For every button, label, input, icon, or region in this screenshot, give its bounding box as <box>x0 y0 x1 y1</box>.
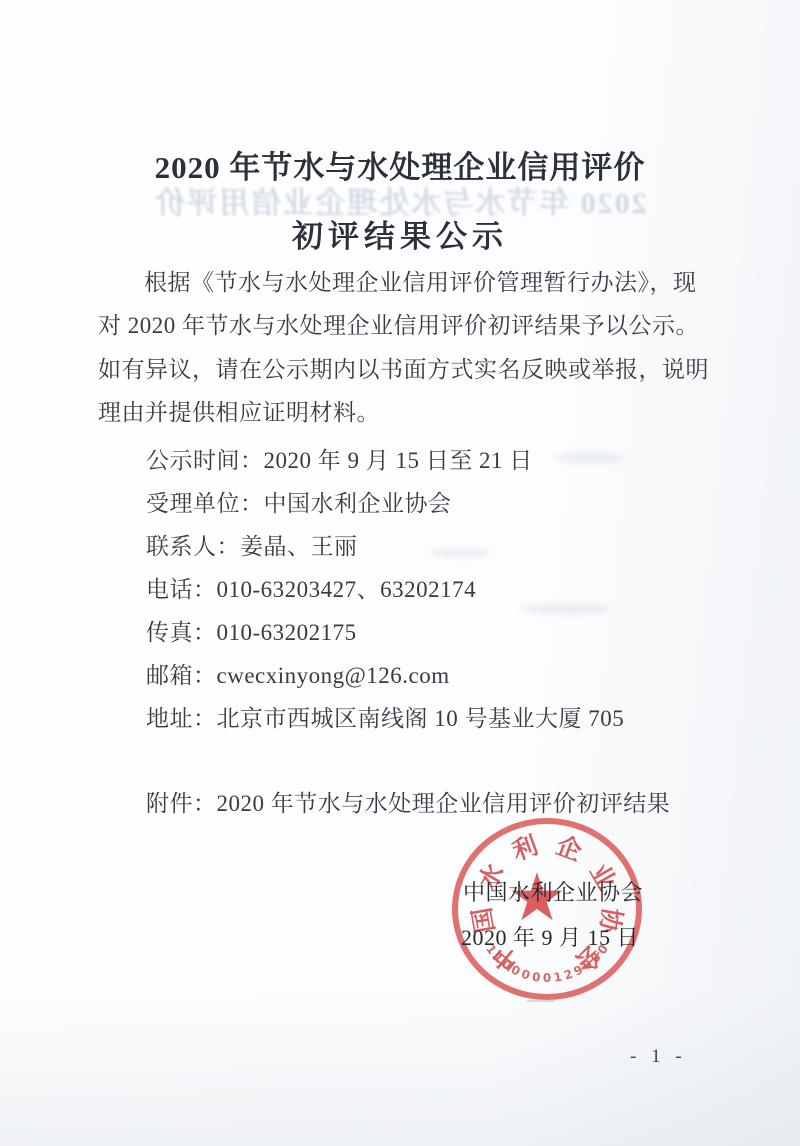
info-label: 电话： <box>146 577 217 602</box>
seal-serial-digit: 1 <box>553 970 563 985</box>
info-line-public-period: 公示时间：2020 年 9 月 15 日至 21 日 <box>146 442 533 475</box>
info-value: 姜晶、王丽 <box>240 534 358 559</box>
info-value: cwecxinyong@126.com <box>217 663 450 688</box>
info-value: 010-63203427、63202174 <box>217 577 477 602</box>
signature-date: 2020 年 9 月 15 日 <box>461 921 639 952</box>
info-label: 地址： <box>146 706 217 731</box>
page-number: - 1 - <box>630 1046 687 1068</box>
info-line-accepting-unit: 受理单位：中国水利企业协会 <box>146 485 452 518</box>
info-label: 邮箱： <box>146 663 217 688</box>
seal-serial-digit: 0 <box>520 967 532 983</box>
document-title-line1: 2020 年节水与水处理企业信用评价 <box>0 142 800 187</box>
paragraph-line: 如有异议，请在公示期内以书面方式实名反映或举报，说明 <box>98 354 709 386</box>
ink-bleed-smudge <box>520 603 610 615</box>
scan-artifact-dash <box>527 1000 555 1002</box>
info-line-fax: 传真：010-63202175 <box>146 614 357 647</box>
document-title-line2: 初评结果公示 <box>0 211 800 256</box>
info-value: 010-63202175 <box>217 620 357 645</box>
info-line-contacts: 联系人：姜晶、王丽 <box>146 528 358 561</box>
info-line-email: 邮箱：cwecxinyong@126.com <box>146 657 450 690</box>
ink-bleed-smudge <box>555 452 625 464</box>
info-label: 传真： <box>146 620 217 645</box>
paragraph-line: 对 2020 年节水与水处理企业信用评价初评结果予以公示。 <box>98 310 699 342</box>
info-line-phone: 电话：010-63203427、63202174 <box>146 571 476 604</box>
info-label: 受理单位： <box>146 491 264 516</box>
paragraph-line: 理由并提供相应证明材料。 <box>98 397 380 429</box>
attachment-line: 附件：2020 年节水与水处理企业信用评价初评结果 <box>146 785 670 818</box>
info-value: 中国水利企业协会 <box>264 491 452 516</box>
seal-serial-digit: 0 <box>543 971 551 985</box>
seal-serial-digit: 0 <box>531 970 541 985</box>
info-value: 2020 年 9 月 15 日至 21 日 <box>264 448 533 473</box>
info-line-address: 地址：北京市西城区南线阁 10 号基业大厦 705 <box>146 700 624 733</box>
paragraph-line: 根据《节水与水处理企业信用评价管理暂行办法》，现 <box>98 267 697 299</box>
signature-organization: 中国水利企业协会 <box>463 876 643 907</box>
document-page: 2020 年节水与水处理企业信用评价 2020 年节水与水处理企业信用评价 初评… <box>0 0 800 1146</box>
official-seal: 中国水利企业协会 ★ 1100000129080 <box>452 818 642 1000</box>
ink-bleed-smudge <box>430 548 490 558</box>
info-label: 联系人： <box>146 534 240 559</box>
info-label: 公示时间： <box>146 448 264 473</box>
info-value: 北京市西城区南线阁 10 号基业大厦 705 <box>217 706 625 731</box>
